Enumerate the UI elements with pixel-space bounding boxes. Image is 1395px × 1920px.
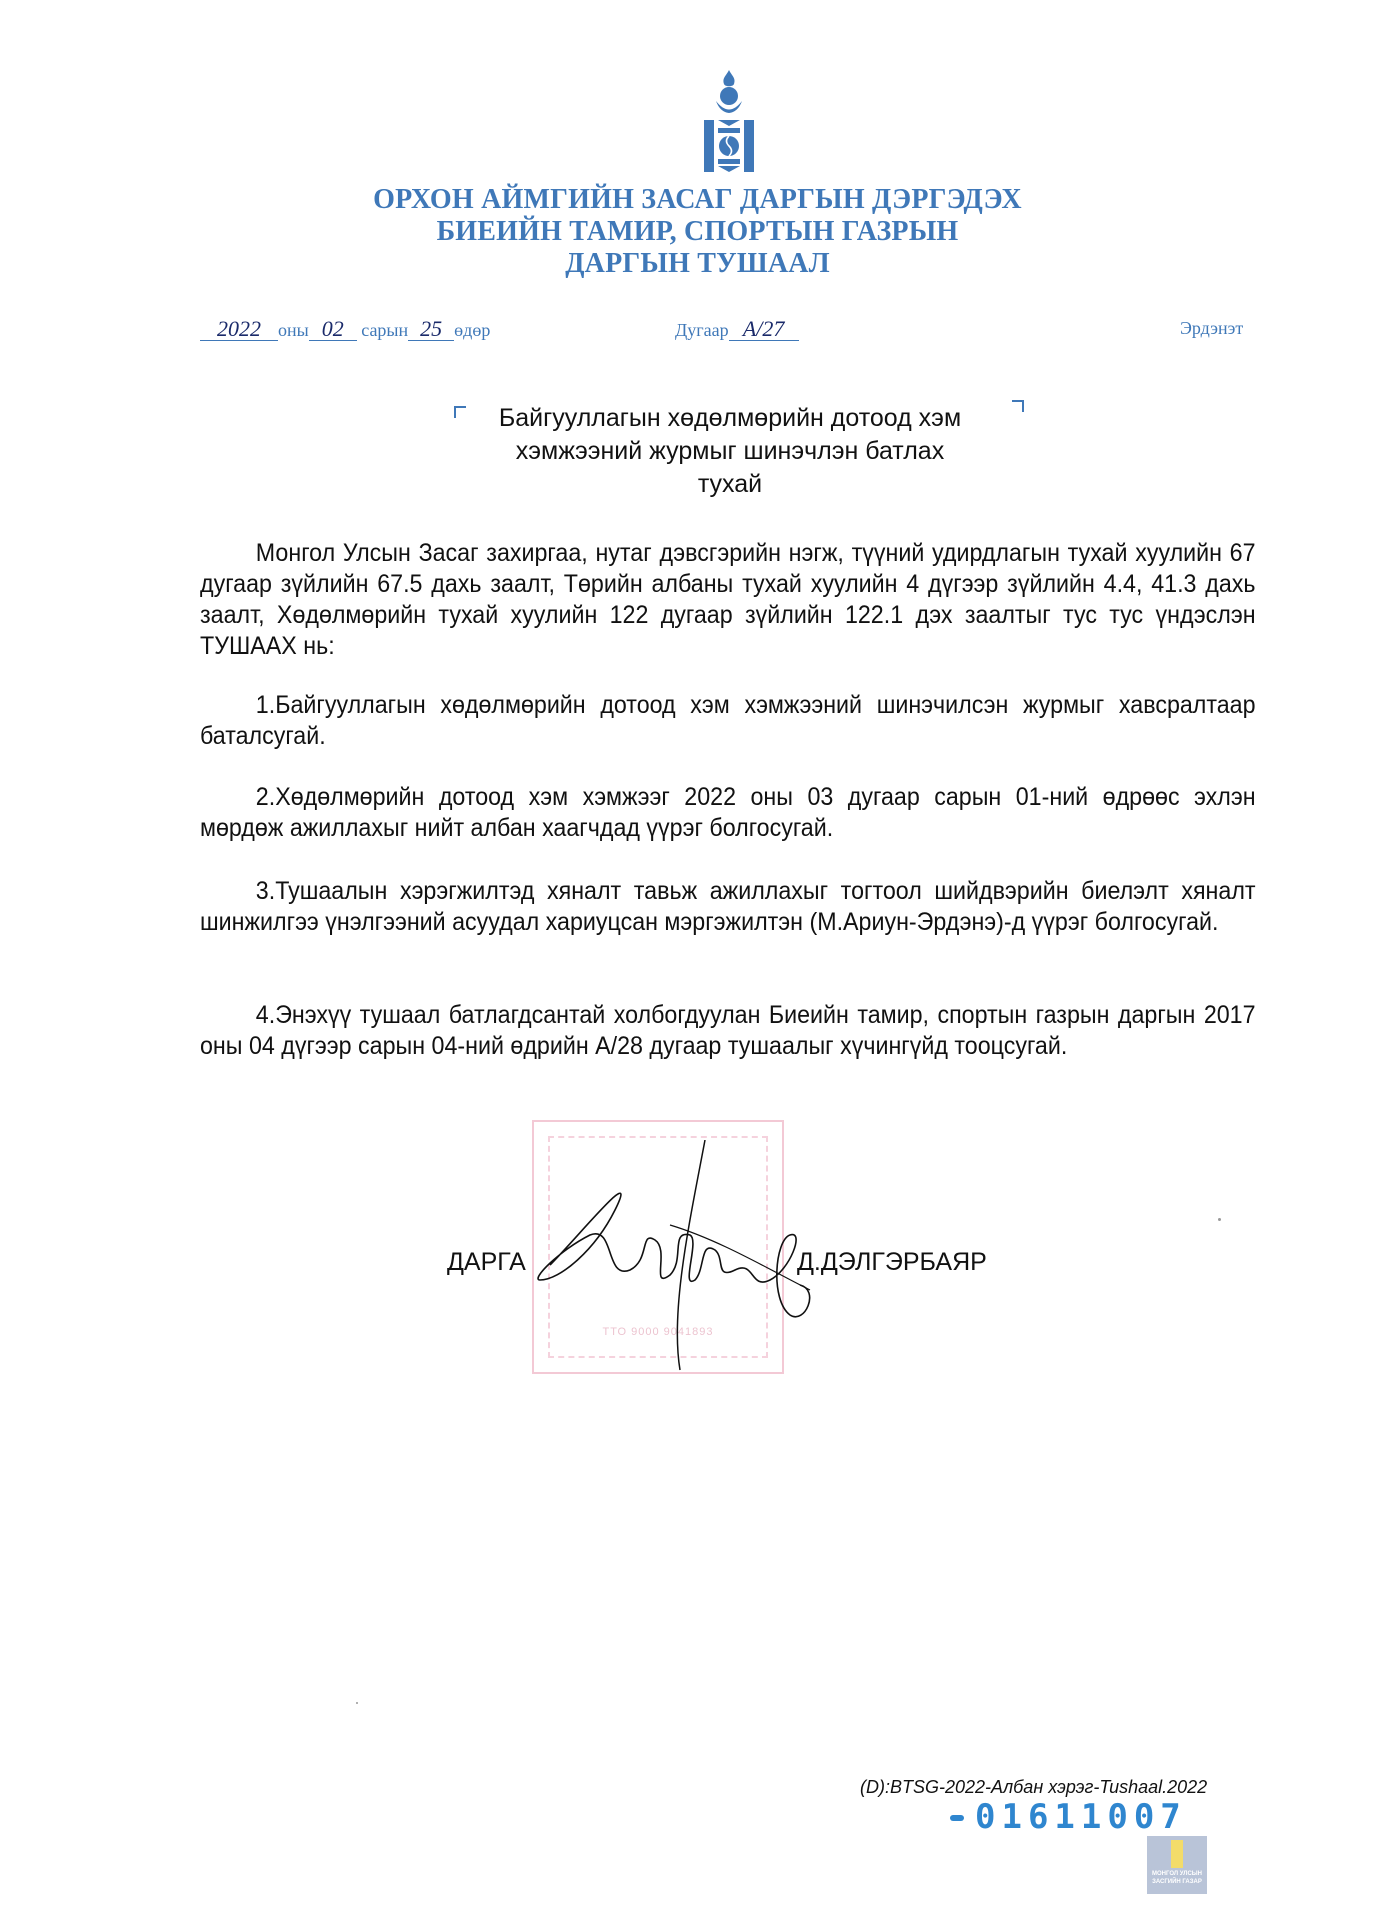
subject-line-2: хэмжээний журмыг шинэчлэн батлах <box>460 435 1000 468</box>
order-item-1: 1.Байгууллагын хөдөлмөрийн дотоод хэм хэ… <box>200 690 1256 752</box>
org-title-line-1: ОРХОН АЙМГИЙН ЗАСАГ ДАРГЫН ДЭРГЭДЭХ <box>0 184 1395 216</box>
regno-ink-mark <box>950 1815 964 1821</box>
file-reference: (D):BTSG-2022-Албан хэрэг-Tushaal.2022 <box>860 1777 1207 1798</box>
order-number-line: ДугаарА/27 <box>675 318 799 341</box>
document-type-title: ДАРГЫН ТУШААЛ <box>0 248 1395 280</box>
day-label: өдөр <box>454 320 490 341</box>
subject-line-3: тухай <box>460 468 1000 501</box>
order-number: А/27 <box>729 318 799 341</box>
scan-speck <box>356 1702 358 1704</box>
preamble-paragraph: Монгол Улсын Засаг захиргаа, нутаг дэвсг… <box>200 538 1256 662</box>
gov-logo-text-line-1: МОНГОЛ УЛСЫН <box>1147 1870 1207 1878</box>
date-day: 25 <box>408 318 454 341</box>
subject-line-1: Байгууллагын хөдөлмөрийн дотоод хэм <box>460 402 1000 435</box>
month-label: сарын <box>361 320 408 341</box>
handwritten-signature-icon <box>520 1140 820 1380</box>
date-month: 02 <box>309 318 357 341</box>
place-name: Эрдэнэт <box>1180 318 1243 339</box>
number-label: Дугаар <box>675 320 729 341</box>
date-year: 2022 <box>200 318 278 341</box>
gov-logo-text-line-2: ЗАСГИЙН ГАЗАР <box>1147 1878 1207 1886</box>
subject-heading: Байгууллагын хөдөлмөрийн дотоод хэм хэмж… <box>460 402 1000 501</box>
order-item-4-text: 4.Энэхүү тушаал батлагдсантай холбогдуул… <box>200 1001 1256 1060</box>
order-item-2-text: 2.Хөдөлмөрийн дотоод хэм хэмжээг 2022 он… <box>200 783 1256 842</box>
soyombo-mini-icon <box>1171 1840 1183 1868</box>
date-line: 2022оны02 сарын25өдөр <box>200 318 490 341</box>
order-item-4: 4.Энэхүү тушаал батлагдсантай холбогдуул… <box>200 1000 1256 1062</box>
org-title-line-2: БИЕИЙН ТАМИР, СПОРТЫН ГАЗРЫН <box>0 216 1395 248</box>
preamble-text: Монгол Улсын Засаг захиргаа, нутаг дэвсг… <box>200 539 1256 660</box>
government-logo-icon: МОНГОЛ УЛСЫН ЗАСГИЙН ГАЗАР <box>1147 1836 1207 1894</box>
registration-number: 01611007 <box>975 1797 1187 1837</box>
gov-logo-text: МОНГОЛ УЛСЫН ЗАСГИЙН ГАЗАР <box>1147 1870 1207 1886</box>
scan-speck <box>1218 1218 1221 1221</box>
signatory-name: Д.ДЭЛГЭРБАЯР <box>797 1248 987 1277</box>
order-item-3: 3.Тушаалын хэрэгжилтэд хяналт тавьж ажил… <box>200 876 1256 938</box>
order-item-3-text: 3.Тушаалын хэрэгжилтэд хяналт тавьж ажил… <box>200 877 1256 936</box>
signatory-title: ДАРГА <box>447 1248 526 1277</box>
year-label: оны <box>278 320 309 341</box>
order-item-2: 2.Хөдөлмөрийн дотоод хэм хэмжээг 2022 он… <box>200 782 1256 844</box>
soyombo-emblem-icon <box>700 68 758 176</box>
order-item-1-text: 1.Байгууллагын хөдөлмөрийн дотоод хэм хэ… <box>200 691 1256 750</box>
subject-corner-right <box>1012 400 1024 412</box>
